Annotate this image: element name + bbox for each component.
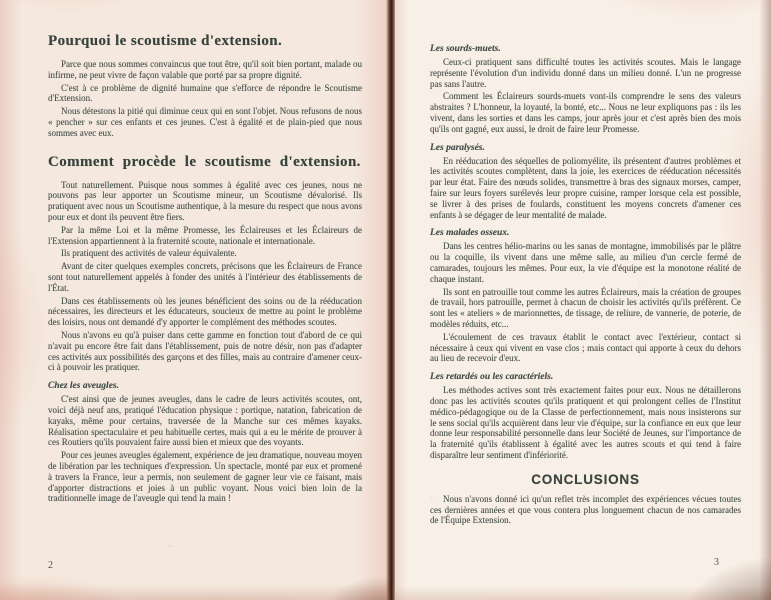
paragraph: Dans les centres hélio-marins ou les san… <box>430 241 741 284</box>
section-heading-comment: Comment procède le scoutisme d'extension… <box>48 154 362 171</box>
left-page: Pourquoi le scoutisme d'extension. Parce… <box>0 0 389 600</box>
paragraph: Parce que nous sommes convaincus que tou… <box>48 59 362 81</box>
paragraph: C'est ainsi que de jeunes aveugles, dans… <box>48 394 362 448</box>
paragraph: En rééducation des séquelles de poliomyé… <box>430 156 741 221</box>
paragraph: Nous n'avons donné ici qu'un reflet très… <box>430 494 741 526</box>
subheading-paralyses: Les paralysés. <box>430 143 741 153</box>
paragraph: Dans ces établissements où les jeunes bé… <box>48 296 362 328</box>
subheading-malades-osseux: Les malades osseux. <box>430 228 741 238</box>
paragraph: Nous n'avons eu qu'à puiser dans cette g… <box>48 330 362 373</box>
left-page-content: Pourquoi le scoutisme d'extension. Parce… <box>48 33 362 504</box>
subheading-retardes: Les retardés ou les caractériels. <box>430 372 741 382</box>
paragraph: Tout naturellement. Puisque nous sommes … <box>48 180 362 223</box>
paragraph: Les méthodes actives sont très exactemen… <box>430 385 741 461</box>
paragraph: Ils sont en patrouille tout comme les au… <box>430 287 741 330</box>
page-number-right: 3 <box>714 557 719 568</box>
scanned-book-spread: Pourquoi le scoutisme d'extension. Parce… <box>0 0 771 600</box>
right-page: Les sourds-muets. Ceux-ci pratiquent san… <box>395 0 771 600</box>
paragraph: Pour ces jeunes aveugles également, expé… <box>48 450 362 504</box>
paragraph: Nous détestons la pitié qui diminue ceux… <box>48 106 362 138</box>
paragraph: Comment les Éclaireurs sourds-muets vont… <box>430 91 741 134</box>
subheading-sourds-muets: Les sourds-muets. <box>430 44 741 54</box>
paragraph: Ceux-ci pratiquent sans difficulté toute… <box>430 57 741 89</box>
paragraph: Avant de citer quelques exemples concret… <box>48 261 362 293</box>
paragraph: Par la même Loi et la même Promesse, les… <box>48 225 362 247</box>
conclusions-heading: CONCLUSIONS <box>430 472 741 487</box>
right-page-content: Les sourds-muets. Ceux-ci pratiquent san… <box>430 36 741 526</box>
paragraph: L'écoulement de ces travaux établit le c… <box>430 332 741 364</box>
page-number-left: 2 <box>48 560 53 571</box>
section-heading-pourquoi: Pourquoi le scoutisme d'extension. <box>48 33 362 50</box>
paragraph: Ils pratiquent des activités de valeur é… <box>48 248 362 259</box>
subheading-aveugles: Chez les aveugles. <box>48 381 362 391</box>
paragraph: C'est à ce problème de dignité humaine q… <box>48 83 362 105</box>
